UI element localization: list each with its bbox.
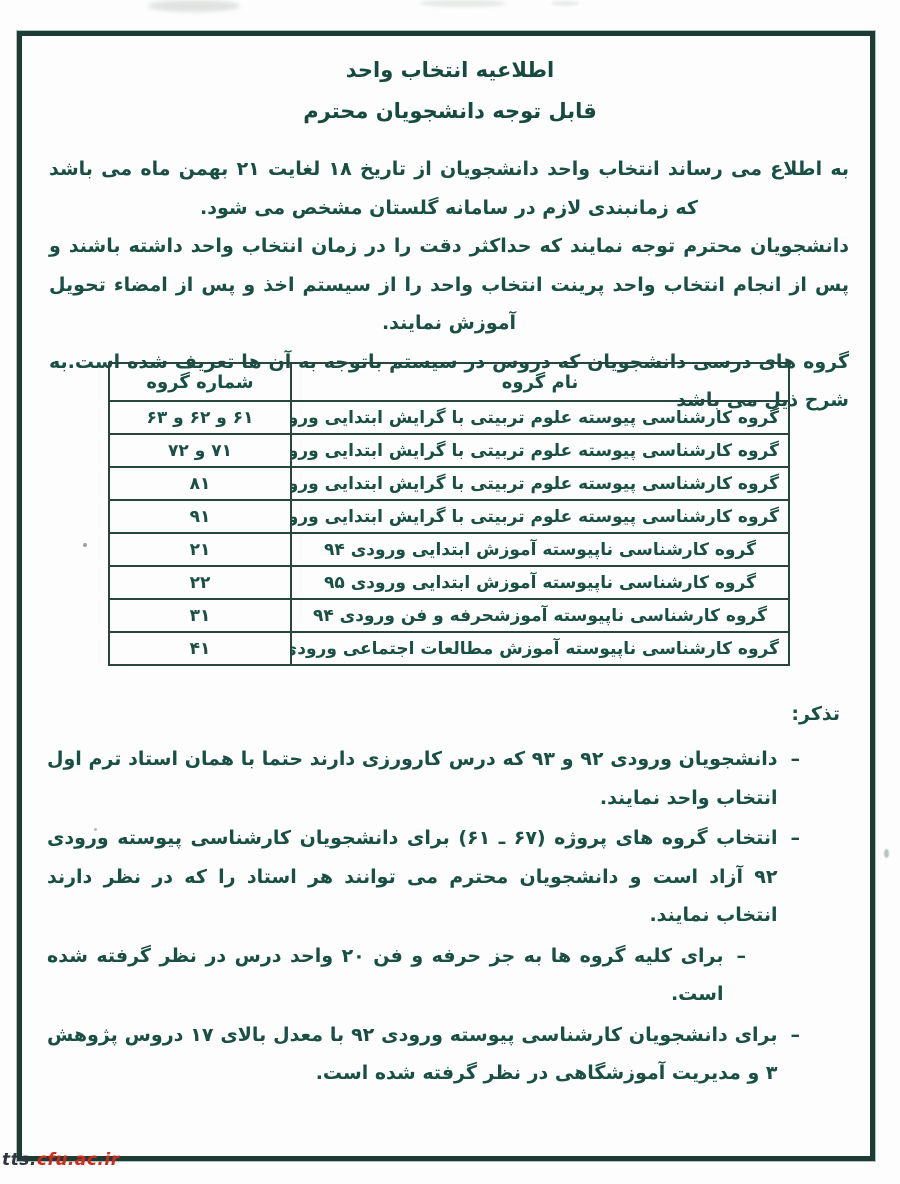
notes-list: – دانشجویان ورودی ۹۲ و ۹۳ که درس کارورزی…: [47, 740, 800, 1095]
group-number-cell: ۲۲: [109, 566, 291, 599]
table-row: گروه کارشناسی پیوسته علوم تربیتی با گرای…: [109, 467, 789, 500]
table-row: گروه کارشناسی پیوسته علوم تربیتی با گرای…: [109, 500, 789, 533]
note-item-4: – برای دانشجویان کارشناسی پیوسته ورودی ۹…: [47, 1016, 800, 1093]
group-number-cell: ۹۱: [109, 500, 291, 533]
notes-label: تذکر:: [791, 703, 840, 725]
watermark-prefix: tts.: [2, 1150, 37, 1170]
table-header-row: نام گروه شماره گروه: [109, 363, 789, 401]
scan-speck: [83, 543, 87, 547]
table-row: گروه کارشناسی پیوسته علوم تربیتی با گرای…: [109, 401, 789, 434]
bullet-dash: –: [791, 819, 801, 935]
group-name-cell: گروه کارشناسی پیوسته علوم تربیتی با گرای…: [291, 401, 789, 434]
group-name-cell: گروه کارشناسی ناپیوسته آموزش ابتدایی ورو…: [291, 566, 789, 599]
intro-paragraph-2: دانشجویان محترم توجه نمایند که حداکثر دق…: [49, 227, 849, 343]
table-row: گروه کارشناسی ناپیوسته آموزش ابتدایی ورو…: [109, 533, 789, 566]
note-item-2: – انتخاب گروه های پروژه (۶۷ ـ ۶۱) برای د…: [47, 819, 800, 935]
intro-paragraph-1: به اطلاع می رساند انتخاب واحد دانشجویان …: [49, 150, 849, 227]
group-number-cell: ۶۱ و ۶۲ و ۶۳: [109, 401, 291, 434]
table-row: گروه کارشناسی ناپیوسته آموزش مطالعات اجت…: [109, 632, 789, 665]
group-number-cell: ۲۱: [109, 533, 291, 566]
bullet-dash: –: [737, 937, 747, 1014]
scan-smudge: [148, 0, 240, 12]
page-title-line2: قابل توجه دانشجویان محترم: [0, 91, 900, 132]
group-number-cell: ۴۱: [109, 632, 291, 665]
site-watermark: tts.cfu.ac.ir: [2, 1150, 120, 1170]
table-row: گروه کارشناسی ناپیوسته آموزشحرفه و فن ور…: [109, 599, 789, 632]
note-item-3: – برای کلیه گروه ها به جز حرفه و فن ۲۰ و…: [47, 937, 746, 1014]
note-item-text: برای دانشجویان کارشناسی پیوسته ورودی ۹۲ …: [47, 1016, 778, 1093]
scan-speck: [884, 849, 889, 858]
watermark-suffix: cfu.ac.ir: [37, 1150, 120, 1170]
note-item-1: – دانشجویان ورودی ۹۲ و ۹۳ که درس کارورزی…: [47, 740, 800, 817]
group-name-cell: گروه کارشناسی ناپیوسته آموزش مطالعات اجت…: [291, 632, 789, 665]
group-number-cell: ۷۱ و ۷۲: [109, 434, 291, 467]
group-number-cell: ۳۱: [109, 599, 291, 632]
page-title-line1: اطلاعیه انتخاب واحد: [0, 50, 900, 91]
group-number-cell: ۸۱: [109, 467, 291, 500]
group-name-cell: گروه کارشناسی پیوسته علوم تربیتی با گرای…: [291, 467, 789, 500]
group-name-cell: گروه کارشناسی پیوسته علوم تربیتی با گرای…: [291, 434, 789, 467]
table-row: گروه کارشناسی ناپیوسته آموزش ابتدایی ورو…: [109, 566, 789, 599]
group-name-cell: گروه کارشناسی ناپیوسته آموزشحرفه و فن ور…: [291, 599, 789, 632]
scanned-announcement-page: { "page": { "title_line1": "اطلاعیه انتخ…: [0, 0, 900, 1184]
table-row: گروه کارشناسی پیوسته علوم تربیتی با گرای…: [109, 434, 789, 467]
group-name-cell: گروه کارشناسی ناپیوسته آموزش ابتدایی ورو…: [291, 533, 789, 566]
table-header-group-name: نام گروه: [291, 363, 789, 401]
group-name-cell: گروه کارشناسی پیوسته علوم تربیتی با گرای…: [291, 500, 789, 533]
scan-smudge: [551, 1, 579, 6]
bullet-dash: –: [791, 1016, 801, 1093]
bullet-dash: –: [791, 740, 801, 817]
note-item-text: دانشجویان ورودی ۹۲ و ۹۳ که درس کارورزی د…: [47, 740, 778, 817]
scan-smudge: [420, 0, 506, 7]
table-header-group-number: شماره گروه: [109, 363, 291, 401]
course-groups-table: نام گروه شماره گروه گروه کارشناسی پیوسته…: [108, 362, 790, 666]
note-item-text: برای کلیه گروه ها به جز حرفه و فن ۲۰ واح…: [47, 937, 724, 1014]
document-title: اطلاعیه انتخاب واحد قابل توجه دانشجویان …: [0, 50, 900, 132]
note-item-text: انتخاب گروه های پروژه (۶۷ ـ ۶۱) برای دان…: [47, 819, 778, 935]
